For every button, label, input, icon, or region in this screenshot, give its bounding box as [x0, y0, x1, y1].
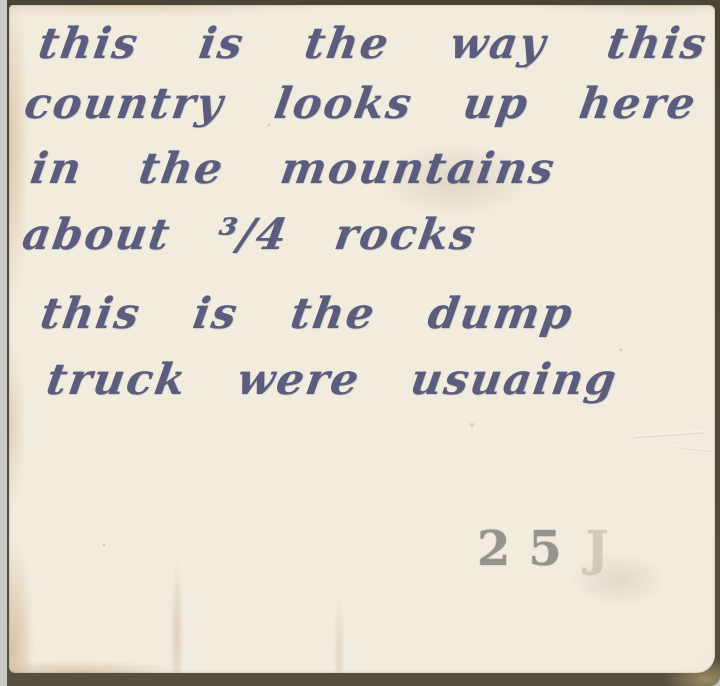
handwritten-line: in the mountains — [27, 144, 559, 194]
stamp-faint-mark: J — [586, 521, 609, 577]
handwritten-line: truck were usuaing — [43, 355, 621, 405]
stamp-digits: 25 — [477, 521, 580, 577]
handwritten-line: country looks up here — [21, 79, 700, 129]
stamp-number: 25J — [477, 521, 609, 577]
handwritten-line: about ³/4 rocks — [19, 210, 481, 260]
crease-mark — [673, 446, 713, 452]
scanner-background: this is the way this country looks up he… — [0, 0, 720, 686]
photo-paper-back: this is the way this country looks up he… — [9, 5, 715, 673]
handwritten-line: this is the way this — [35, 19, 711, 69]
crease-mark — [633, 430, 705, 438]
handwritten-line: this is the dump — [37, 289, 577, 339]
